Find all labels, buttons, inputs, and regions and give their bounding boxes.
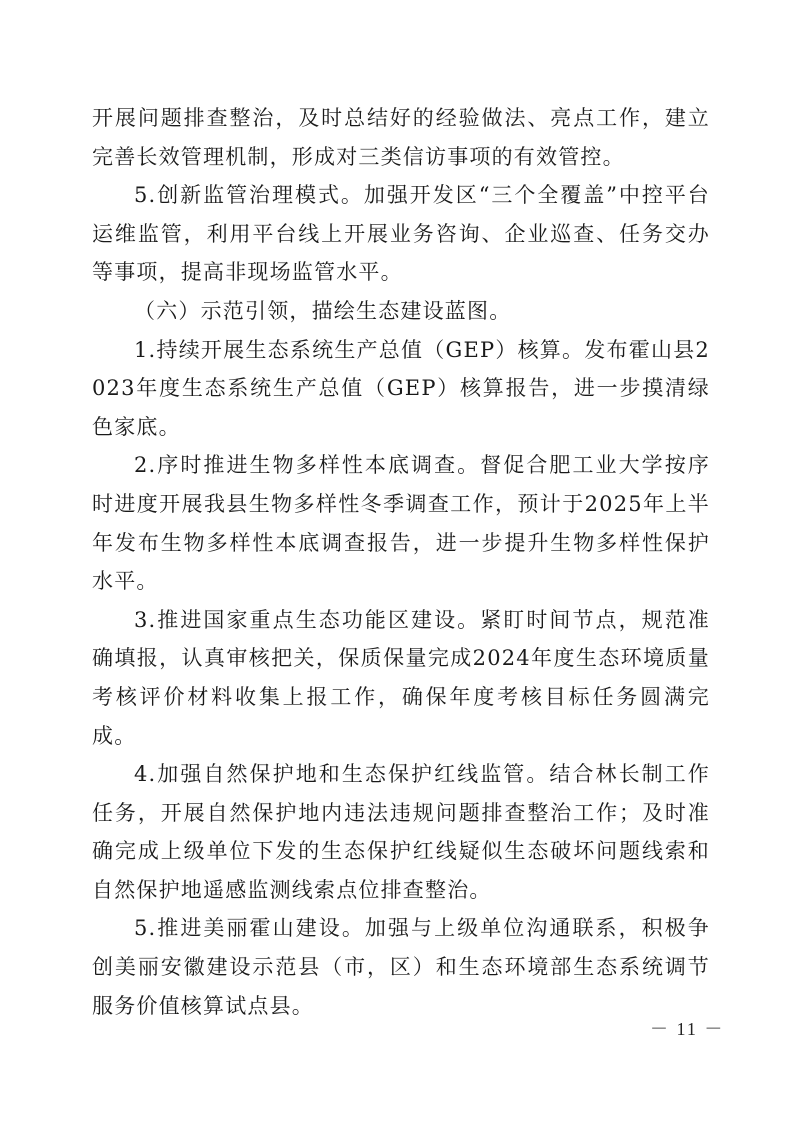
- paragraph-item-5-regulatory-model: 5.创新监管治理模式。加强开发区“三个全覆盖”中控平台运维监管，利用平台线上开展…: [92, 176, 710, 292]
- page-number: － 11 －: [650, 1015, 724, 1041]
- paragraph-item-5-beautiful-huoshan: 5.推进美丽霍山建设。加强与上级单位沟通联系，积极争创美丽安徽建设示范县（市，区…: [92, 909, 710, 1025]
- paragraph-item-2-biodiversity: 2.序时推进生物多样性本底调查。督促合肥工业大学按序时进度开展我县生物多样性冬季…: [92, 446, 710, 600]
- paragraph-continuation: 开展问题排查整治，及时总结好的经验做法、亮点工作，建立完善长效管理机制，形成对三…: [92, 99, 710, 176]
- section-heading-6: （六）示范引领，描绘生态建设蓝图。: [92, 292, 710, 331]
- paragraph-item-3-ecological-zone: 3.推进国家重点生态功能区建设。紧盯时间节点，规范准确填报，认真审核把关，保质保…: [92, 601, 710, 755]
- paragraph-item-1-gep: 1.持续开展生态系统生产总值（GEP）核算。发布霍山县2023年度生态系统生产总…: [92, 331, 710, 447]
- paragraph-item-4-protected-areas: 4.加强自然保护地和生态保护红线监管。结合林长制工作任务，开展自然保护地内违法违…: [92, 755, 710, 909]
- document-body: 开展问题排查整治，及时总结好的经验做法、亮点工作，建立完善长效管理机制，形成对三…: [92, 99, 710, 1025]
